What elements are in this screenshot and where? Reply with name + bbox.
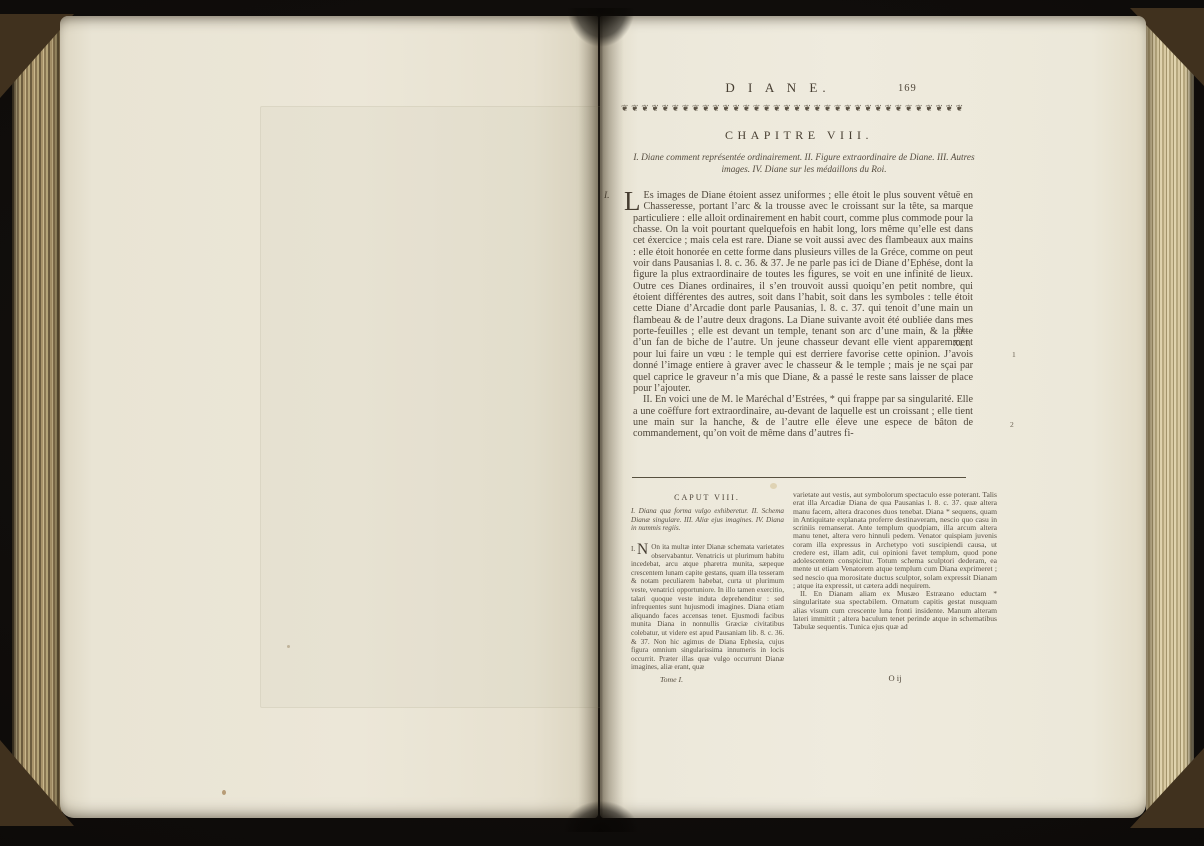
foxing-speck	[222, 790, 226, 795]
latin-argument: I. Diana qua forma vulgo exhiberetur. II…	[631, 507, 784, 533]
latin-col1-text: On ita multæ inter Dianæ schemata variet…	[631, 543, 784, 671]
french-paragraph-2-text: II. En voici une de M. le Maréchal d’Est…	[633, 394, 973, 439]
latin-drop-cap: N	[637, 541, 648, 558]
tome-signature: Tome I.	[660, 675, 683, 684]
show-through-ghost	[260, 106, 632, 708]
page-number: 169	[898, 83, 917, 94]
right-page: D I A N E. 169 ❦❦❦❦❦❦❦❦❦❦❦❦❦❦❦❦❦❦❦❦❦❦❦❦❦…	[600, 16, 1146, 818]
left-page-blank	[60, 16, 598, 818]
margin-plate-label: PL.	[956, 324, 970, 334]
running-head: D I A N E.	[633, 80, 923, 96]
foxing-speck	[770, 483, 777, 489]
right-fore-edge-pages	[1146, 18, 1194, 818]
latin-column-right: varietate aut vestis, aut symbolorum spe…	[793, 491, 997, 631]
drop-cap-initial: L	[624, 190, 644, 212]
latin-section-number: I.	[631, 545, 635, 553]
latin-col2-text-2: II. En Dianam aliam ex Musæo Estræano ed…	[793, 589, 997, 631]
latin-col1-paragraph: I. NOn ita multæ inter Dianæ schemata va…	[631, 543, 784, 672]
latin-initial-group: I. N	[631, 543, 648, 556]
margin-figure-1: 1	[1012, 350, 1016, 359]
margin-figure-2: 2	[1010, 420, 1014, 429]
book-photo-scene: D I A N E. 169 ❦❦❦❦❦❦❦❦❦❦❦❦❦❦❦❦❦❦❦❦❦❦❦❦❦…	[0, 0, 1204, 846]
foxing-speck	[287, 645, 290, 648]
french-paragraph-2: II. En voici une de M. le Maréchal d’Est…	[633, 394, 973, 439]
latin-col2-text-1: varietate aut vestis, aut symbolorum spe…	[793, 490, 997, 590]
gathering-signature: O ij	[793, 673, 997, 683]
chapter-heading: CHAPITRE VIII.	[633, 128, 965, 143]
latin-col2-paragraph-1: varietate aut vestis, aut symbolorum spe…	[793, 491, 997, 590]
latin-chapter-heading: CAPUT VIII.	[631, 493, 783, 502]
latin-column-left: I. NOn ita multæ inter Dianæ schemata va…	[631, 543, 784, 672]
french-paragraph-1-text: Es images de Diane étoient assez uniform…	[633, 190, 973, 394]
margin-plate-number: XLI.	[953, 338, 971, 348]
left-fore-edge-pages	[12, 22, 62, 818]
fleuron-headband: ❦❦❦❦❦❦❦❦❦❦❦❦❦❦❦❦❦❦❦❦❦❦❦❦❦❦❦❦❦❦❦❦❦❦	[621, 104, 993, 119]
french-paragraph-1: I.LEs images de Diane étoient assez unif…	[633, 190, 973, 394]
gutter-shadow	[578, 14, 624, 820]
french-body-text: I.LEs images de Diane étoient assez unif…	[633, 190, 973, 440]
chapter-argument: I. Diane comment représentée ordinaireme…	[630, 153, 978, 177]
section-divider-rule	[632, 477, 966, 478]
gutter-notch-top	[556, 8, 646, 60]
latin-col2-paragraph-2: II. En Dianam aliam ex Musæo Estræano ed…	[793, 590, 997, 631]
gutter-notch-bottom	[552, 792, 650, 832]
